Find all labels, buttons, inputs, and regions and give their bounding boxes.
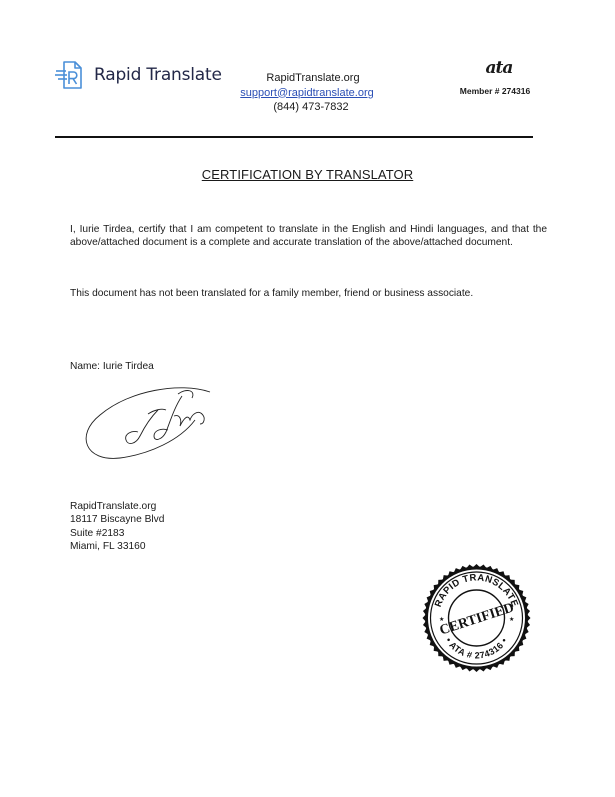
page-title: CERTIFICATION BY TRANSLATOR: [0, 167, 615, 182]
contact-block: RapidTranslate.org support@rapidtranslat…: [232, 71, 382, 115]
ata-member-number: Member # 274316: [440, 86, 550, 96]
address-line-1: RapidTranslate.org: [70, 500, 164, 513]
office-address: RapidTranslate.org 18117 Biscayne Blvd S…: [70, 500, 164, 553]
certified-seal-icon: RAPID TRANSLATE • ATA # 274316 • ★ ★ CER…: [419, 563, 534, 673]
ata-logo-icon: ata: [448, 58, 550, 78]
brand-name: Rapid Translate: [94, 65, 222, 85]
handwritten-signature-icon: [70, 380, 230, 466]
contact-website: RapidTranslate.org: [232, 71, 382, 86]
header-divider: [55, 136, 533, 138]
address-line-2: 18117 Biscayne Blvd: [70, 513, 164, 526]
address-line-4: Miami, FL 33160: [70, 540, 164, 553]
ata-block: ata Member # 274316: [440, 58, 550, 96]
certification-statement: I, Iurie Tirdea, certify that I am compe…: [70, 223, 547, 249]
contact-phone: (844) 473-7832: [232, 100, 382, 115]
document-r-icon: [54, 58, 88, 92]
contact-email-link[interactable]: support@rapidtranslate.org: [240, 87, 373, 99]
address-line-3: Suite #2183: [70, 527, 164, 540]
brand-logo: Rapid Translate: [54, 58, 222, 92]
translator-name: Name: Iurie Tirdea: [70, 361, 154, 372]
relationship-statement: This document has not been translated fo…: [70, 287, 547, 300]
svg-text:★: ★: [509, 616, 514, 623]
